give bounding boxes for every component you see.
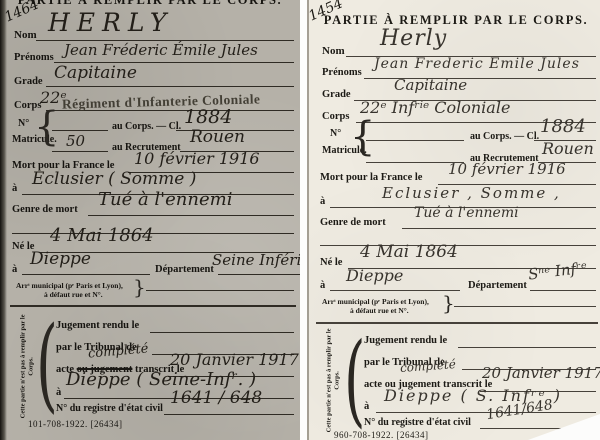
departement-label: Département	[155, 264, 214, 275]
rule-line	[402, 228, 596, 229]
rule-line	[146, 290, 294, 291]
arrondissement-label-2: à défaut rue et N°.	[44, 290, 103, 299]
corps-label: Corps	[322, 111, 349, 122]
footer-imprint: 101-708-1922. [26434]	[28, 419, 123, 429]
classe-value: 1884	[184, 106, 232, 128]
a2-label: à	[12, 264, 17, 275]
mort-lieu-value: Eclusier ( Somme )	[32, 169, 196, 189]
departement-label: Département	[468, 280, 527, 291]
mort-date-value: 10 février 1916	[448, 160, 566, 178]
nom-label: Nom	[322, 45, 345, 57]
rule-line	[366, 140, 464, 141]
genre-value: Tué à l'ennemi	[414, 205, 519, 221]
departement-value: Sⁿᵉ Infʳᵉ	[527, 258, 588, 283]
grade-value: Capitaine	[394, 76, 467, 94]
mort-date-value: 10 février 1916	[134, 149, 260, 168]
complete-annotation: complété	[400, 357, 457, 375]
a2-label: à	[320, 280, 325, 291]
rule-line	[530, 290, 596, 291]
grade-label: Grade	[322, 89, 351, 100]
genre-label: Genre de mort	[12, 204, 78, 215]
prenoms-value: Jean Frederic Emile Jules	[374, 56, 580, 72]
rule-line	[22, 274, 150, 275]
rule-line	[218, 274, 300, 275]
scan-edge-strip	[300, 0, 307, 440]
ne-date-value: 4 Mai 1864	[360, 242, 458, 262]
classe-value: 1884	[540, 116, 586, 137]
a-label: à	[12, 183, 17, 194]
recrutement-value: Rouen	[190, 127, 245, 147]
mort-lieu-value: Eclusier , Somme ,	[382, 184, 561, 202]
corps-hand-value: 22ᵉ Infʳⁱᵉ Coloniale	[360, 98, 510, 117]
mort-label: Mort pour la France le	[320, 172, 422, 183]
numero-label: N°	[18, 118, 29, 129]
side-note: Cette partie n'est pas à remplir par le …	[326, 328, 343, 432]
brace-icon: (	[344, 330, 365, 430]
arrondissement-label-1: Arrᵗ municipal (pʳ Paris et Lyon),	[322, 297, 429, 306]
registre-label: N° du registre d'état civil	[56, 403, 163, 414]
side-note: Cette partie n'est pas à remplir par le …	[20, 314, 37, 418]
matricule-value: 50	[66, 132, 85, 150]
arrondissement-label-2: à défaut rue et N°.	[350, 306, 409, 315]
rule-line	[150, 332, 294, 333]
a-label: à	[320, 196, 325, 207]
record-card-left: 1464 PARTIE À REMPLIR PAR LE CORPS. Nom …	[0, 0, 300, 440]
acte-prefix: acte	[364, 379, 382, 390]
rule-line	[458, 347, 596, 348]
record-card-right: 1454 PARTIE À REMPLIR PAR LE CORPS. Nom …	[300, 0, 600, 440]
prenoms-value: Jean Fréderic Émile Jules	[64, 41, 258, 59]
a3-label: à	[56, 387, 61, 398]
brace-icon: }	[133, 277, 146, 297]
jugement-label: Jugement rendu le	[56, 320, 139, 331]
rule-line	[330, 290, 460, 291]
scanned-record-pair: 1464 PARTIE À REMPLIR PAR LE CORPS. Nom …	[0, 0, 600, 440]
a3-label: à	[364, 401, 369, 412]
rule-line	[164, 414, 294, 415]
ne-lieu-value: Dieppe	[30, 249, 91, 269]
au-corps-label: au Corps. — Cl.	[470, 131, 539, 142]
ne-date-value: 4 Mai 1864	[50, 225, 154, 246]
scan-edge-line	[307, 0, 309, 440]
prenoms-label: Prénoms	[14, 52, 54, 63]
recrutement-value: Rouen	[542, 139, 594, 158]
registre-label: N° du registre d'état civil	[364, 417, 471, 428]
genre-label: Genre de mort	[320, 217, 386, 228]
rule-line	[52, 130, 108, 131]
rule-line	[454, 306, 596, 307]
nom-label: Nom	[14, 29, 37, 41]
footer-imprint: 960-708-1922. [26434]	[334, 430, 429, 440]
brace-icon: (	[36, 314, 58, 416]
prenoms-label: Prénoms	[322, 67, 362, 78]
grade-value: Capitaine	[54, 63, 137, 83]
numero-label: N°	[330, 128, 341, 139]
nom-value: HERLY	[48, 8, 173, 37]
transcrit-lieu-value: Dieppe ( Seine-Infʳ. )	[66, 369, 256, 390]
ne-label: Né le	[320, 257, 342, 268]
brace-icon: }	[442, 293, 455, 313]
brace-icon: {	[350, 117, 375, 157]
transcrit-date-value: 20 Janvier 1917	[170, 350, 299, 369]
jugement-label: Jugement rendu le	[364, 335, 447, 346]
ne-lieu-value: Dieppe	[346, 266, 403, 285]
transcrit-date-value: 20 Janvier 1917	[482, 364, 600, 382]
scan-edge-shadow	[0, 0, 7, 440]
departement-value: Seine Inférieure	[212, 251, 300, 269]
rule-line	[46, 86, 294, 87]
scan-corner-wedge	[528, 414, 600, 440]
nom-value: Herly	[380, 26, 447, 51]
genre-value: Tué à l'ennemi	[98, 189, 232, 210]
header-title: PARTIE À REMPLIR PAR LE CORPS.	[300, 13, 600, 28]
brace-icon: {	[34, 107, 59, 147]
registre-value: 1641 / 648	[170, 388, 262, 408]
arrondissement-label-1: Arrᵗ municipal (pʳ Paris et Lyon),	[16, 281, 123, 290]
au-corps-label: au Corps. — Cl.	[112, 121, 181, 132]
rule-line	[52, 151, 108, 152]
grade-label: Grade	[14, 76, 43, 87]
rule-line	[88, 215, 294, 216]
header-title: PARTIE À REMPLIR PAR LE CORPS.	[0, 0, 300, 8]
